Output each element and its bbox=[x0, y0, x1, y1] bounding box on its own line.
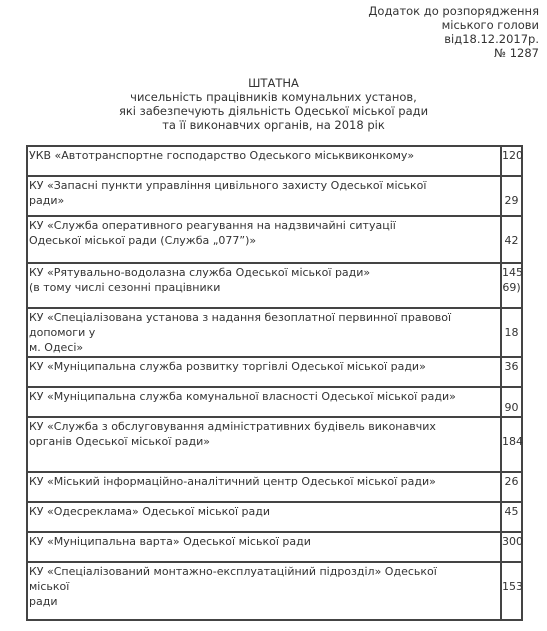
table-row: КУ «Одесреклама» Одеської міської ради45 bbox=[27, 502, 522, 532]
document-title: ШТАТНА чисельність працівників комунальн… bbox=[0, 76, 547, 132]
institution-name-line: КУ «Служба оперативного реагування на на… bbox=[29, 218, 499, 233]
institution-name-line: КУ «Спеціалізований монтажно-експлуатаці… bbox=[29, 564, 499, 579]
staff-count-cell: 153 bbox=[501, 562, 522, 620]
staff-count-cell: 26 bbox=[501, 472, 522, 502]
institution-name-line: м. Одесі» bbox=[29, 340, 499, 355]
staff-count-value: 18 bbox=[502, 325, 521, 340]
table-row: КУ «Рятувально-водолазна служба Одеської… bbox=[27, 263, 522, 308]
institution-name-cell: КУ «Запасні пункти управління цивільного… bbox=[27, 176, 501, 216]
institution-name-cell: КУ «Одесреклама» Одеської міської ради bbox=[27, 502, 501, 532]
title-line-1: чисельність працівників комунальних уста… bbox=[0, 90, 547, 104]
table-row: КУ «Спеціалізована установа з надання бе… bbox=[27, 308, 522, 357]
staff-count-value: 300 bbox=[502, 534, 521, 549]
staff-count-value: 120 bbox=[502, 148, 521, 163]
institution-name-line: міської bbox=[29, 579, 499, 594]
header-line-1: Додаток до розпорядження bbox=[368, 4, 539, 18]
institution-name-line: (в тому числі сезонні працівники bbox=[29, 280, 499, 295]
institution-name-line: ради» bbox=[29, 193, 499, 208]
institution-name-line: КУ «Запасні пункти управління цивільного… bbox=[29, 178, 499, 193]
institution-name-line: КУ «Служба з обслуговування адміністрати… bbox=[29, 419, 499, 434]
institution-name-line: КУ «Рятувально-водолазна служба Одеської… bbox=[29, 265, 499, 280]
institution-name-cell: КУ «Муніципальна варта» Одеської міської… bbox=[27, 532, 501, 562]
institution-name-line: КУ «Муніципальна служба комунальної влас… bbox=[29, 389, 499, 404]
staff-count-value: 36 bbox=[502, 359, 521, 374]
staff-count-value: 45 bbox=[502, 504, 521, 519]
institution-name-cell: КУ «Міський інформаційно-аналітичний цен… bbox=[27, 472, 501, 502]
table-row: УКВ «Автотранспортне господарство Одеськ… bbox=[27, 146, 522, 176]
staff-count-cell: 184 bbox=[501, 417, 522, 472]
institution-name-cell: КУ «Спеціалізований монтажно-експлуатаці… bbox=[27, 562, 501, 620]
staff-count-value: 26 bbox=[502, 474, 521, 489]
institution-name-cell: КУ «Спеціалізована установа з надання бе… bbox=[27, 308, 501, 357]
staff-count-value: 42 bbox=[502, 233, 521, 248]
institution-name-line: КУ «Муніципальна варта» Одеської міської… bbox=[29, 534, 499, 549]
institution-name-cell: КУ «Служба оперативного реагування на на… bbox=[27, 216, 501, 263]
title-line-3: та її виконавчих органів, на 2018 рік bbox=[0, 118, 547, 132]
staff-count-cell: 29 bbox=[501, 176, 522, 216]
table-row: КУ «Запасні пункти управління цивільного… bbox=[27, 176, 522, 216]
staff-count-cell: 120 bbox=[501, 146, 522, 176]
table-row: КУ «Муніципальна варта» Одеської міської… bbox=[27, 532, 522, 562]
staff-count-cell: 36 bbox=[501, 357, 522, 387]
staff-count-cell: 90 bbox=[501, 387, 522, 417]
title-line-2: які забезпечують діяльність Одеської міс… bbox=[0, 104, 547, 118]
staff-count-cell: 42 bbox=[501, 216, 522, 263]
staff-count-value: 153 bbox=[502, 579, 521, 594]
institution-name-cell: КУ «Рятувально-водолазна служба Одеської… bbox=[27, 263, 501, 308]
staff-count-value: 145 bbox=[502, 265, 521, 280]
staff-count-value: 184 bbox=[502, 434, 521, 449]
institution-name-line: КУ «Спеціалізована установа з надання бе… bbox=[29, 310, 499, 340]
table-row: КУ «Міський інформаційно-аналітичний цен… bbox=[27, 472, 522, 502]
institution-name-line: УКВ «Автотранспортне господарство Одеськ… bbox=[29, 148, 499, 163]
table-row: КУ «Служба оперативного реагування на на… bbox=[27, 216, 522, 263]
header-line-2: міського голови bbox=[368, 18, 539, 32]
institution-name-line: Одеської міської ради (Служба „077”)» bbox=[29, 233, 499, 248]
institution-name-line: органів Одеської міської ради» bbox=[29, 434, 499, 449]
institution-name-cell: КУ «Служба з обслуговування адміністрати… bbox=[27, 417, 501, 472]
institution-name-line: ради bbox=[29, 594, 499, 609]
institution-name-line: КУ «Муніципальна служба розвитку торгівл… bbox=[29, 359, 499, 374]
staff-table-body: УКВ «Автотранспортне господарство Одеськ… bbox=[27, 146, 522, 620]
table-row: КУ «Спеціалізований монтажно-експлуатаці… bbox=[27, 562, 522, 620]
staff-table: УКВ «Автотранспортне господарство Одеськ… bbox=[26, 145, 523, 621]
document-header: Додаток до розпорядження міського голови… bbox=[368, 4, 539, 60]
table-row: КУ «Муніципальна служба комунальної влас… bbox=[27, 387, 522, 417]
staff-count-cell: 300 bbox=[501, 532, 522, 562]
staff-count-value: 29 bbox=[502, 193, 521, 208]
table-row: КУ «Муніципальна служба розвитку торгівл… bbox=[27, 357, 522, 387]
institution-name-cell: КУ «Муніципальна служба комунальної влас… bbox=[27, 387, 501, 417]
institution-name-line: КУ «Одесреклама» Одеської міської ради bbox=[29, 504, 499, 519]
staff-count-cell: 45 bbox=[501, 502, 522, 532]
table-row: КУ «Служба з обслуговування адміністрати… bbox=[27, 417, 522, 472]
institution-name-cell: КУ «Муніципальна служба розвитку торгівл… bbox=[27, 357, 501, 387]
institution-name-line: КУ «Міський інформаційно-аналітичний цен… bbox=[29, 474, 499, 489]
staff-count-value: 90 bbox=[502, 400, 521, 415]
staff-count-cell: 14569) bbox=[501, 263, 522, 308]
staff-count-cell: 18 bbox=[501, 308, 522, 357]
staff-count-value: 69) bbox=[502, 280, 521, 295]
header-line-4: № 1287 bbox=[368, 46, 539, 60]
header-line-3: від18.12.2017р. bbox=[368, 32, 539, 46]
institution-name-cell: УКВ «Автотранспортне господарство Одеськ… bbox=[27, 146, 501, 176]
title-heading: ШТАТНА bbox=[0, 76, 547, 90]
